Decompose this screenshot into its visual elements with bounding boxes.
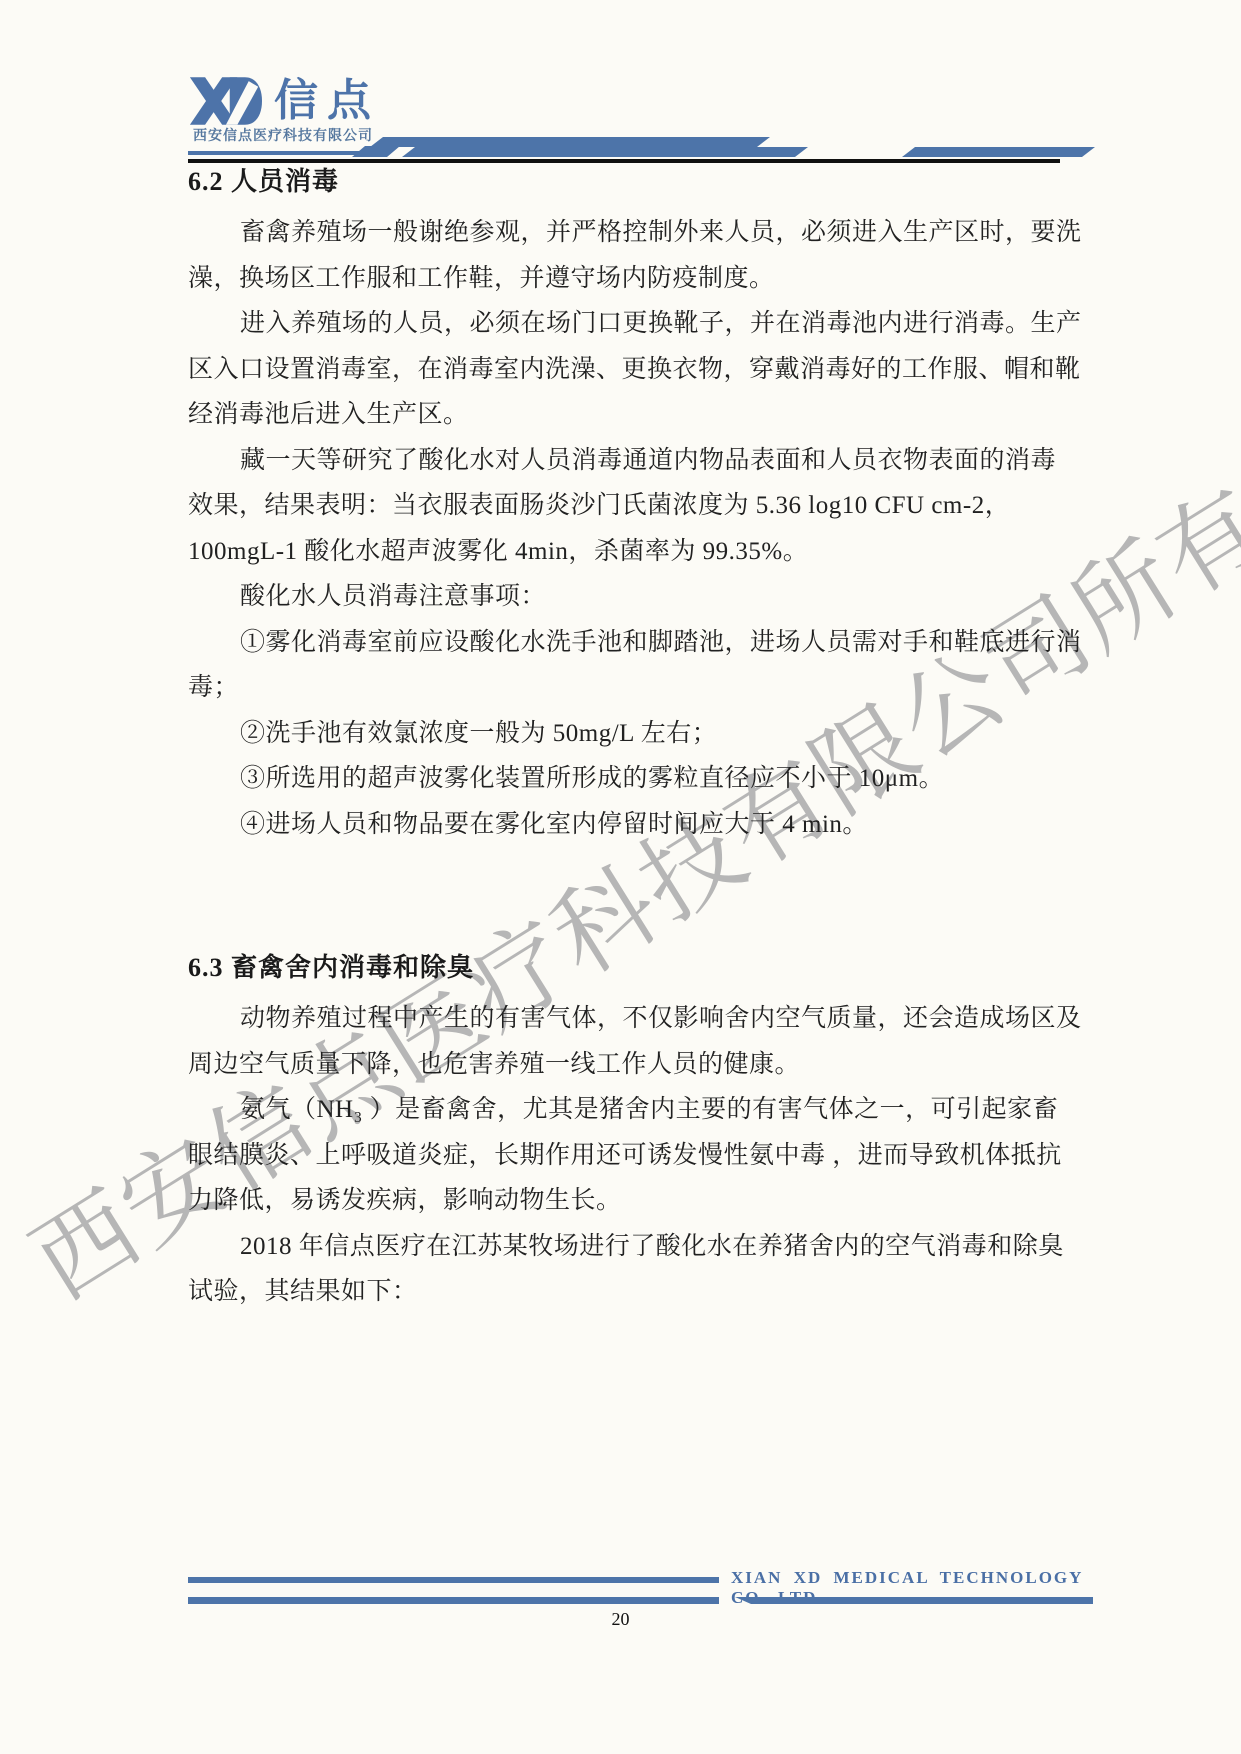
body-line: ④进场人员和物品要在雾化室内停留时间应大于 4 min。: [188, 802, 1090, 848]
body-line: 力降低，易诱发疾病，影响动物生长。: [188, 1178, 1090, 1224]
section-6-3: 6.3 畜禽舍内消毒和除臭 动物养殖过程中产生的有害气体，不仅影响舍内空气质量，…: [188, 948, 1090, 1315]
body-line: 效果，结果表明：当衣服表面肠炎沙门氏菌浓度为 5.36 log10 CFU cm…: [188, 483, 1090, 529]
body-line: 眼结膜炎、上呼吸道炎症，长期作用还可诱发慢性氨中毒 ，进而导致机体抵抗: [188, 1133, 1090, 1179]
company-logo: 信点: [188, 76, 380, 126]
header-ornament-line-thin: [188, 151, 360, 155]
body-line: 试验，其结果如下：: [188, 1269, 1090, 1315]
body-line: 区入口设置消毒室，在消毒室内洗澡、更换衣物，穿戴消毒好的工作服、帽和靴: [188, 347, 1090, 393]
header-ornament-connector: [352, 146, 400, 157]
document-page: 西安信点医疗科技有限公司所有 信点 西安信点医疗科技有限公司 6.2 人员消毒 …: [0, 0, 1241, 1754]
body-line: 澡，换场区工作服和工作鞋，并遵守场内防疫制度。: [188, 256, 1090, 302]
section-heading-6-3: 6.3 畜禽舍内消毒和除臭: [188, 948, 1090, 996]
footer-ornament-bar-top-left: [188, 1577, 719, 1583]
footer-ornament-bar-bottom-left: [188, 1597, 719, 1604]
page-number: 20: [0, 1609, 1241, 1630]
body-line: 酸化水人员消毒注意事项：: [188, 574, 1090, 620]
body-line: ①雾化消毒室前应设酸化水洗手池和脚踏池，进场人员需对手和鞋底进行消: [188, 620, 1090, 666]
body-line: 氨气（NH₃ ）是畜禽舍，尤其是猪舍内主要的有害气体之一，可引起家畜: [188, 1087, 1090, 1133]
header-ornament-bar-middle: [402, 147, 808, 157]
footer-ornament-bar-bottom-right: [735, 1597, 1093, 1604]
header-ornament-bar-right: [902, 147, 1095, 157]
body-line: 100mgL-1 酸化水超声波雾化 4min，杀菌率为 99.35%。: [188, 529, 1090, 575]
section-heading-6-2: 6.2 人员消毒: [188, 162, 1090, 210]
body-line: 进入养殖场的人员，必须在场门口更换靴子，并在消毒池内进行消毒。生产: [188, 301, 1090, 347]
section-6-2: 6.2 人员消毒 畜禽养殖场一般谢绝参观，并严格控制外来人员，必须进入生产区时，…: [188, 162, 1090, 847]
body-line: 动物养殖过程中产生的有害气体，不仅影响舍内空气质量，还会造成场区及: [188, 996, 1090, 1042]
body-line: ②洗手池有效氯浓度一般为 50mg/L 左右；: [188, 711, 1090, 757]
body-line: 藏一天等研究了酸化水对人员消毒通道内物品表面和人员衣物表面的消毒: [188, 438, 1090, 484]
company-name-cn: 西安信点医疗科技有限公司: [193, 125, 373, 145]
body-line: 经消毒池后进入生产区。: [188, 392, 1090, 438]
body-line: 毒；: [188, 665, 1090, 711]
header-ornament-bar-top: [370, 137, 770, 147]
body-line: 周边空气质量下降，也危害养殖一线工作人员的健康。: [188, 1042, 1090, 1088]
body-line: 畜禽养殖场一般谢绝参观，并严格控制外来人员，必须进入生产区时，要洗: [188, 210, 1090, 256]
xd-logo-icon: [188, 76, 262, 126]
body-line: 2018 年信点医疗在江苏某牧场进行了酸化水在养猪舍内的空气消毒和除臭: [188, 1224, 1090, 1270]
body-line: ③所选用的超声波雾化装置所形成的雾粒直径应不小于 10μm。: [188, 756, 1090, 802]
logo-wordmark: 信点: [274, 76, 380, 126]
